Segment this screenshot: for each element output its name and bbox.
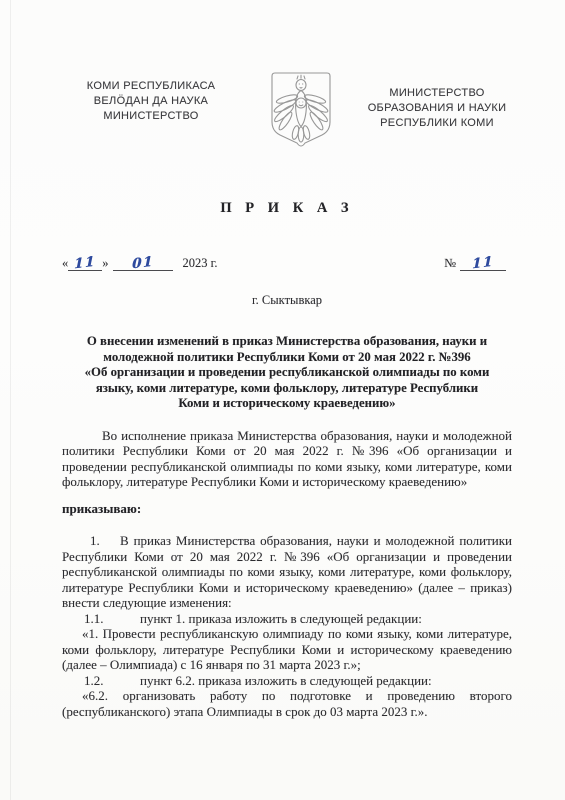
subject-line: языку, коми литературе, коми фольклору, … [62,381,512,397]
handwritten-month: 01 [132,254,154,273]
quote-close: » [102,256,108,270]
item-number: 1.2. [84,673,140,689]
year-label: 2023 г. [183,256,218,270]
scan-paper-edge [10,0,11,800]
item-text: пункт 6.2. приказа изложить в следующей … [140,673,432,688]
order-item-1-2: 1.2.пункт 6.2. приказа изложить в следую… [62,673,512,689]
item-number: 1.1. [84,611,140,627]
date-number-row: «11»012023 г. №11 [62,255,512,271]
subject-line: «Об организации и проведении республикан… [62,365,512,381]
number-field: №11 [444,255,506,271]
scanned-order-page: КОМИ РЕСПУБЛИКАСА ВЕЛÖДАН ДА НАУКА МИНИС… [0,0,565,800]
order-item-1: 1.В приказ Министерства образования, нау… [62,533,512,611]
quoted-revision-point-6-2: «6.2. организовать работу по подготовке … [62,688,512,719]
letterhead: КОМИ РЕСПУБЛИКАСА ВЕЛÖДАН ДА НАУКА МИНИС… [62,0,512,154]
city-line: г. Сыктывкар [62,293,512,308]
month-blank: 01 [113,255,173,271]
item-number: 1. [90,533,120,549]
subject-line: Коми и историческому краеведению» [62,396,512,412]
date-field: «11»012023 г. [62,255,217,271]
komi-coat-of-arms-icon [269,70,333,154]
org-name-russian-language: МИНИСТЕРСТВО ОБРАЗОВАНИЯ И НАУКИ РЕСПУБЛ… [362,86,512,131]
document-content: КОМИ РЕСПУБЛИКАСА ВЕЛÖДАН ДА НАУКА МИНИС… [62,0,512,719]
handwritten-number: 11 [472,254,494,273]
day-blank: 11 [68,255,102,271]
subject-line: молодежной политики Республики Коми от 2… [62,350,512,366]
item-text: В приказ Министерства образования, науки… [62,533,512,610]
handwritten-day: 11 [74,254,96,273]
number-blank: 11 [460,255,506,271]
org-name-komi-language: КОМИ РЕСПУБЛИКАСА ВЕЛÖДАН ДА НАУКА МИНИС… [62,79,240,124]
org-line: КОМИ РЕСПУБЛИКАСА [62,79,240,94]
order-title: П Р И К А З [62,200,512,217]
org-line: ВЕЛÖДАН ДА НАУКА [62,94,240,109]
org-line: МИНИСТЕРСТВО [62,109,240,124]
decree-word: приказываю: [62,501,512,517]
order-subject-heading: О внесении изменений в приказ Министерст… [62,334,512,412]
preamble-paragraph: Во исполнение приказа Министерства образ… [62,428,512,490]
item-text: пункт 1. приказа изложить в следующей ре… [140,611,422,626]
org-line: МИНИСТЕРСТВО [362,86,512,101]
org-line: ОБРАЗОВАНИЯ И НАУКИ [362,101,512,116]
subject-line: О внесении изменений в приказ Министерст… [62,334,512,350]
number-sign: № [444,256,456,270]
org-line: РЕСПУБЛИКИ КОМИ [362,116,512,131]
order-item-1-1: 1.1.пункт 1. приказа изложить в следующе… [62,611,512,627]
quoted-revision-point-1: «1. Провести республиканскую олимпиаду п… [62,626,512,673]
